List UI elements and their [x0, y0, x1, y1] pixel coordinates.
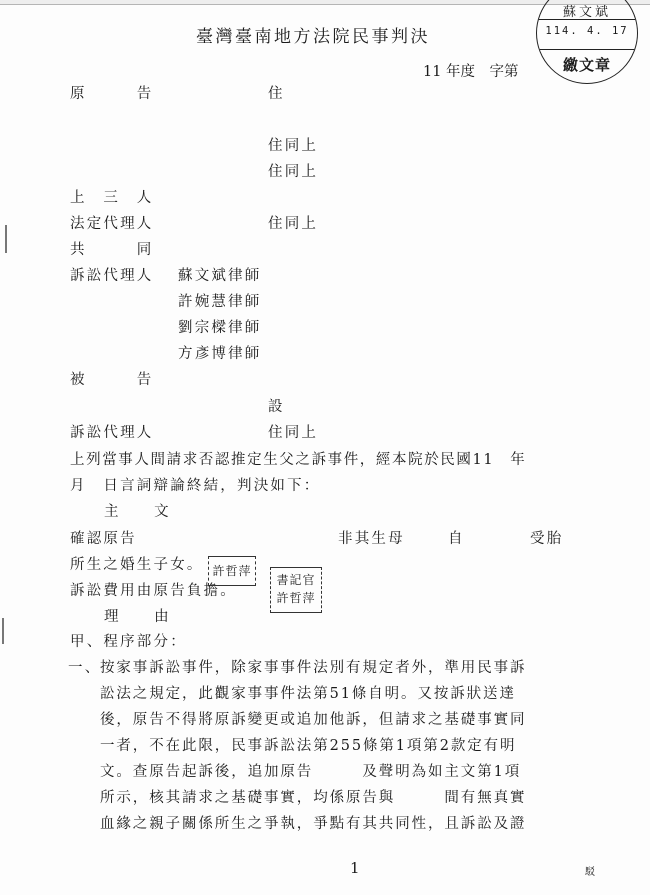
party-label: 訴訟代理人: [70, 267, 154, 285]
attorney-name: 許婉慧律師: [178, 293, 262, 311]
document-title: 臺灣臺南地方法院民事判決: [196, 22, 430, 47]
party-value: 住同上: [268, 163, 318, 181]
party-value: 住同上: [268, 137, 318, 155]
footer-corner-char: 駁: [585, 863, 595, 878]
page-number: 1: [350, 859, 360, 877]
section-a-heading: 甲、程序部分：: [70, 633, 187, 651]
party-value: 住: [268, 85, 285, 103]
party-value: 設: [268, 398, 285, 416]
stamp-seal-text: 繳文章: [537, 54, 637, 75]
receipt-stamp: 蘇文斌 114. 4. 17 繳文章: [536, 0, 638, 84]
section-heading-reason: 理 由: [104, 608, 171, 626]
main-text: 非其生母: [338, 530, 405, 548]
paragraph-line: 按家事訴訟事件，除家事事件法別有規定者外，準用民事訴: [100, 659, 526, 677]
stamp-date: 114. 4. 17: [537, 25, 637, 37]
main-text: 確認原告: [70, 530, 137, 548]
paragraph-marker: 一、: [68, 659, 101, 677]
intro-line: 上列當事人間請求否認推定生父之訴事件，經本院於民國11 年: [70, 451, 526, 469]
party-label: 共 同: [70, 241, 154, 259]
stamp-divider: [537, 49, 637, 50]
party-label: 被 告: [70, 371, 154, 389]
stamp-divider: [537, 19, 637, 20]
paragraph-line: 所示，核其請求之基礎事實，均係原告與 間有無真實: [100, 789, 526, 807]
paragraph-line: 後，原告不得將原訴變更或追加他訴，但請求之基礎事實同: [100, 711, 526, 729]
party-value: 住同上: [268, 424, 318, 442]
clerk-seal-text: 許哲萍: [212, 564, 251, 578]
party-label: 法定代理人: [70, 215, 154, 233]
main-text: 自: [448, 530, 465, 548]
attorney-name: 方彥博律師: [178, 345, 262, 363]
paragraph-line: 訟法之規定，此觀家事事件法第51條自明。又按訴狀送達: [100, 685, 516, 703]
main-text: 受胎: [530, 530, 563, 548]
stamp-name: 蘇文斌: [537, 1, 637, 20]
paragraph-line: 血緣之親子關係所生之爭執，爭點有其共同性，且訴訟及證: [100, 815, 526, 833]
scan-margin-mark: [5, 225, 7, 253]
party-value: 住同上: [268, 215, 318, 233]
clerk-seal-title: 書記官: [271, 573, 321, 588]
clerk-seal-name: 許哲萍: [271, 591, 321, 606]
attorney-name: 劉宗樑律師: [178, 319, 262, 337]
paragraph-line: 文。查原告起訴後，追加原告 及聲明為如主文第1項: [100, 763, 521, 781]
main-text: 所生之婚生子女。: [70, 556, 204, 574]
party-label: 原 告: [70, 85, 154, 103]
intro-line: 月 日言詞辯論終結，判決如下：: [70, 477, 321, 495]
party-label: 上 三 人: [70, 189, 154, 207]
clerk-seal-large: 書記官 許哲萍: [270, 567, 322, 613]
party-label: 訴訟代理人: [70, 424, 154, 442]
clerk-seal-small: 許哲萍: [208, 556, 256, 586]
scan-margin-mark: [2, 618, 4, 644]
paragraph-line: 一者，不在此限，民事訴訟法第255條第1項第2款定有明: [100, 737, 516, 755]
section-heading-main: 主 文: [104, 503, 171, 521]
case-number: 11 年度 字第: [423, 60, 519, 81]
attorney-name: 蘇文斌律師: [178, 267, 262, 285]
